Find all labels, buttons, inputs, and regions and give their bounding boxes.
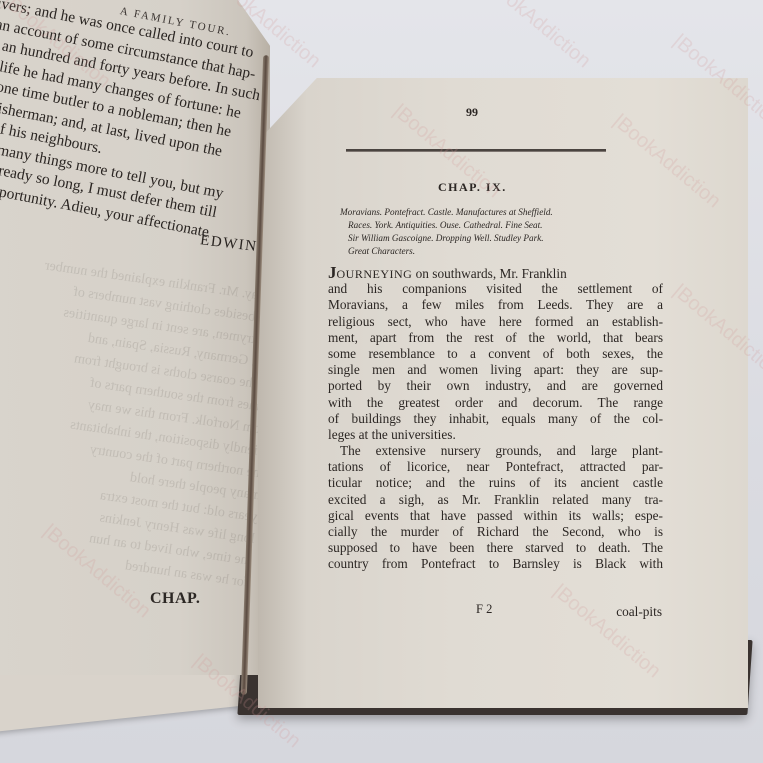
paragraph-1-line: of buildings they inhabit, equals many o… xyxy=(328,411,663,427)
paragraph-2-line: excited a sigh, as Mr. Franklin related … xyxy=(328,492,663,508)
paragraph-1-line: leges at the universities. xyxy=(328,427,663,443)
paragraph-1-line: JOURNEYING on southwards, Mr. Franklin xyxy=(328,265,663,281)
text-fragment: on southwards, Mr. Franklin xyxy=(412,266,566,281)
header-rule xyxy=(346,149,606,152)
paragraph-2-line: supposed to have been there starved to d… xyxy=(328,540,663,556)
paragraph-2-line: gical events that have passed within its… xyxy=(328,508,663,524)
paragraph-1-line: religious sect, who have here formed an … xyxy=(328,314,663,330)
signature-mark: F 2 xyxy=(476,602,492,617)
right-page-number: 99 xyxy=(466,105,478,120)
synopsis-line: Great Characters. xyxy=(340,245,640,258)
chapter-synopsis: Moravians. Pontefract. Castle. Manufactu… xyxy=(340,206,640,258)
synopsis-line: Moravians. Pontefract. Castle. Manufactu… xyxy=(340,206,640,219)
paragraph-1-line: ported by their own industry, and are go… xyxy=(328,378,663,394)
paragraph-2-line: The extensive nursery grounds, and large… xyxy=(328,443,663,459)
synopsis-line: Races. York. Antiquities. Ouse. Cathedra… xyxy=(340,219,640,232)
paragraph-2-line: cially the murder of Richard the Second,… xyxy=(328,524,663,540)
paragraph-1-line: with the greatest order and decorum. The… xyxy=(328,395,663,411)
chapter-body: JOURNEYING on southwards, Mr. Franklin a… xyxy=(328,265,663,573)
chapter-title: CHAP. IX. xyxy=(438,180,507,195)
paragraph-2-line: country from Pontefract to Barnsley is B… xyxy=(328,556,663,572)
paragraph-2-line: tations of licorice, near Pontefract, at… xyxy=(328,459,663,475)
paragraph-1-line: Moravians, a few miles from Leeds. They … xyxy=(328,297,663,313)
paragraph-1-line: some resemblance to a convent of both se… xyxy=(328,346,663,362)
paragraph-1-line: single men and women living apart: they … xyxy=(328,362,663,378)
left-page-catchword: CHAP. xyxy=(150,590,200,608)
first-word: OURNEYING xyxy=(337,267,413,281)
drop-cap: J xyxy=(328,263,337,282)
paragraph-1-line: ment, apart from the rest of the world, … xyxy=(328,330,663,346)
paragraph-1-line: and his companions visited the settlemen… xyxy=(328,281,663,297)
right-page-catchword: coal-pits xyxy=(616,604,662,620)
synopsis-line: Sir William Gascoigne. Dropping Well. St… xyxy=(340,232,640,245)
paragraph-2-line: ticular notice; and the ruins of its anc… xyxy=(328,475,663,491)
